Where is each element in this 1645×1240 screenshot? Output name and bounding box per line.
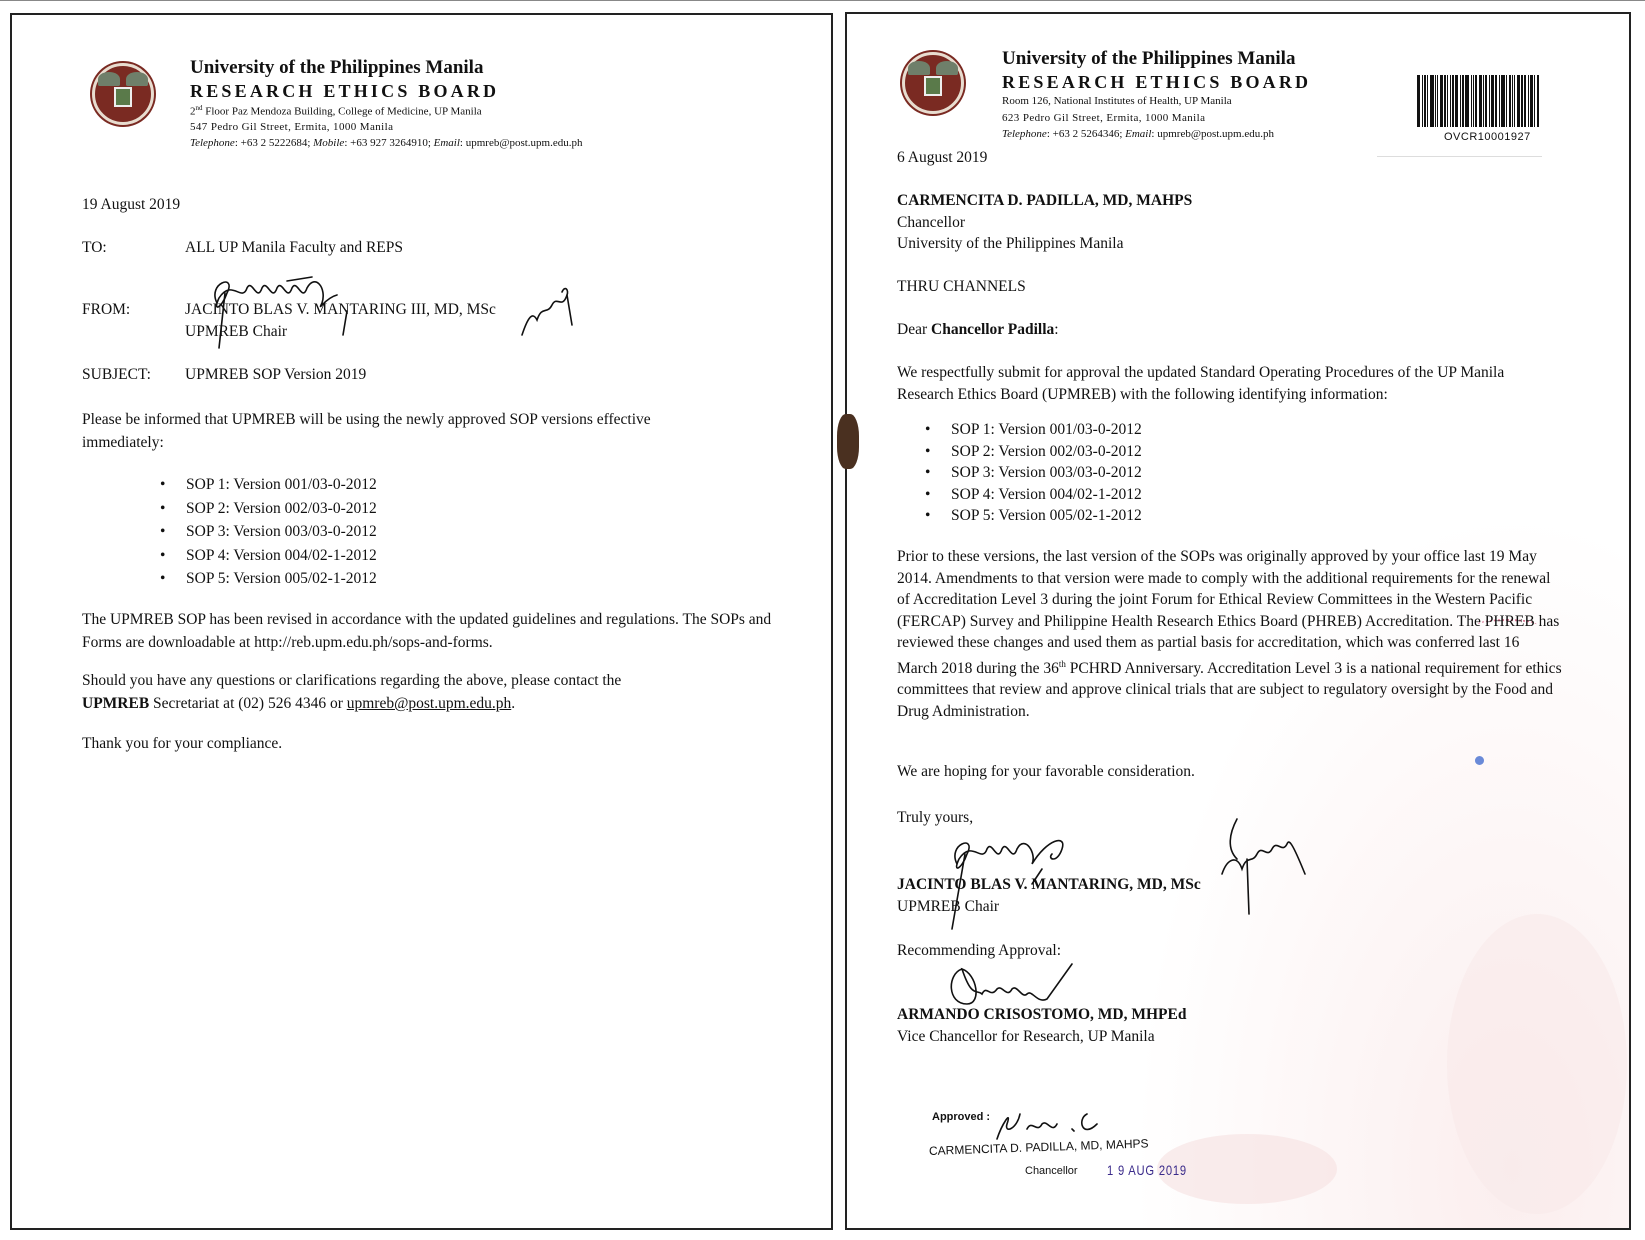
subject-label: SUBJECT: — [82, 366, 151, 384]
subject-value: UPMREB SOP Version 2019 — [185, 366, 366, 384]
header-board: RESEARCH ETHICS BOARD — [190, 81, 499, 102]
recommending-label: Recommending Approval: — [897, 942, 1061, 960]
barcode-code: OVCR10001927 — [1444, 131, 1531, 143]
approval-stamp-title: Chancellor — [1025, 1165, 1078, 1177]
signature-mantaring-initial — [517, 280, 577, 350]
recipient-org: University of the Philippines Manila — [897, 235, 1123, 253]
salutation: Dear Chancellor Padilla: — [897, 321, 1059, 339]
email-link[interactable]: upmreb@post.upm.edu.ph — [347, 695, 512, 712]
sop-item: SOP 1: Version 001/03-0-2012 — [925, 419, 1142, 441]
from-label: FROM: — [82, 301, 130, 319]
signature-mantaring-initial — [1217, 814, 1317, 924]
recipient-title: Chancellor — [897, 214, 965, 232]
memo-closing: Thank you for your compliance. — [82, 735, 282, 753]
letter-page: University of the Philippines Manila RES… — [845, 12, 1631, 1230]
signer-title: UPMREB Chair — [897, 898, 999, 916]
sop-item: SOP 4: Version 004/02-1-2012 — [160, 544, 377, 568]
memo-page: University of the Philippines Manila RES… — [10, 13, 833, 1230]
to-label: TO: — [82, 239, 107, 257]
letter-closing: Truly yours, — [897, 809, 973, 827]
header-contact: Telephone: +63 2 5222684; Mobile: +63 92… — [190, 137, 583, 149]
sop-item: SOP 5: Version 005/02-1-2012 — [925, 505, 1142, 527]
sop-item: SOP 3: Version 003/03-0-2012 — [925, 462, 1142, 484]
recommender-name: ARMANDO CRISOSTOMO, MD, MHPEd — [897, 1006, 1186, 1024]
sop-version-list: SOP 1: Version 001/03-0-2012 SOP 2: Vers… — [925, 419, 1142, 527]
hope-line: We are hoping for your favorable conside… — [897, 763, 1195, 781]
header-contact: Telephone: +63 2 5264346; Email: upmreb@… — [1002, 128, 1274, 140]
header-institution: University of the Philippines Manila — [1002, 48, 1295, 70]
header-address-line1: 2nd Floor Paz Mendoza Building, College … — [190, 104, 482, 118]
approval-stamp-label: Approved : — [932, 1111, 990, 1123]
top-edge-line — [0, 0, 1645, 1]
paper-stain — [1447, 914, 1627, 1214]
header-institution: University of the Philippines Manila — [190, 57, 483, 79]
ink-dot — [1475, 756, 1484, 765]
sop-item: SOP 5: Version 005/02-1-2012 — [160, 567, 377, 591]
header-board: RESEARCH ETHICS BOARD — [1002, 72, 1311, 93]
sop-item: SOP 4: Version 004/02-1-2012 — [925, 484, 1142, 506]
barcode — [1417, 75, 1540, 127]
recommender-title: Vice Chancellor for Research, UP Manila — [897, 1028, 1155, 1046]
header-address-line2: 623 Pedro Gil Street, Ermita, 1000 Manil… — [1002, 112, 1205, 124]
signature-mantaring-primary — [197, 273, 387, 353]
signer-name: JACINTO BLAS V. MANTARING, MD, MSc — [897, 876, 1201, 894]
intro-paragraph: Please be informed that UPMREB will be u… — [82, 408, 732, 454]
approval-stamp-date: 1 9 AUG 2019 — [1107, 1162, 1187, 1178]
up-seal-logo — [902, 52, 964, 114]
header-address-line1: Room 126, National Institutes of Health,… — [1002, 95, 1232, 107]
memo-date: 19 August 2019 — [82, 196, 180, 214]
contact-paragraph: Should you have any questions or clarifi… — [82, 669, 672, 715]
header-address-line2: 547 Pedro Gil Street, Ermita, 1000 Manil… — [190, 121, 393, 133]
sop-item: SOP 2: Version 002/03-0-2012 — [925, 441, 1142, 463]
sop-item: SOP 2: Version 002/03-0-2012 — [160, 497, 377, 521]
thru-channels: THRU CHANNELS — [897, 278, 1026, 296]
sop-item: SOP 1: Version 001/03-0-2012 — [160, 473, 377, 497]
barcode-label-edge — [1377, 156, 1542, 157]
recipient-name: CARMENCITA D. PADILLA, MD, MAHPS — [897, 192, 1192, 210]
revision-paragraph: The UPMREB SOP has been revised in accor… — [82, 608, 782, 654]
up-seal-logo — [92, 63, 154, 125]
sop-item: SOP 3: Version 003/03-0-2012 — [160, 520, 377, 544]
body-paragraph: Prior to these versions, the last versio… — [897, 546, 1562, 722]
to-value: ALL UP Manila Faculty and REPS — [185, 239, 403, 257]
letter-date: 6 August 2019 — [897, 149, 987, 167]
page-hole-mark — [837, 414, 859, 469]
sop-version-list: SOP 1: Version 001/03-0-2012 SOP 2: Vers… — [160, 473, 377, 591]
approval-stamp-name: CARMENCITA D. PADILLA, MD, MAHPS — [929, 1136, 1149, 1158]
intro-paragraph: We respectfully submit for approval the … — [897, 362, 1557, 406]
